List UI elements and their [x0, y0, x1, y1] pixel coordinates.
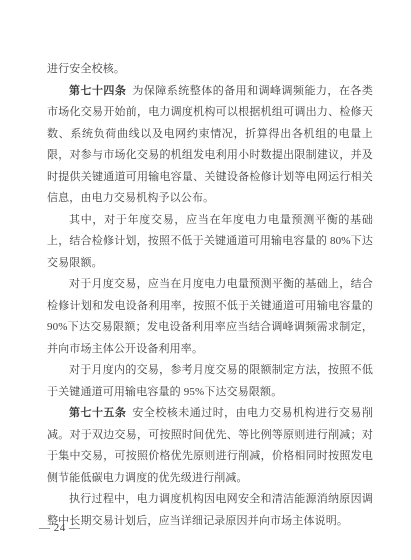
article-paragraph: 第七十四条为保障系统整体的备用和调峰调频能力，在各类市场化交易开始前，电力调度机… — [47, 81, 373, 210]
paragraph-text: 对于月度内的交易，参考月度交易的限额制定方法，按照不低于关键通道可用输电容量的 … — [47, 364, 373, 398]
paragraph-text: 执行过程中，电力调度机构因电网安全和清洁能源消纳原因调整中长期交易计划后，应当详… — [47, 493, 373, 527]
paragraph-text: 对于月度交易，应当在月度电力电量预测平衡的基础上，结合检修计划和发电设备利用率，… — [47, 278, 373, 355]
document-body: 进行安全校核。第七十四条为保障系统整体的备用和调峰调频能力，在各类市场化交易开始… — [47, 59, 373, 532]
paragraph-text: 进行安全校核。 — [47, 63, 125, 75]
body-paragraph: 对于月度交易，应当在月度电力电量预测平衡的基础上，结合检修计划和发电设备利用率，… — [47, 274, 373, 360]
article-paragraph: 第七十五条安全校核未通过时，由电力交易机构进行交易削减。对于双边交易，可按照时间… — [47, 403, 373, 489]
body-paragraph: 其中，对于年度交易，应当在年度电力电量预测平衡的基础上，结合检修计划，按照不低于… — [47, 210, 373, 275]
article-number: 第七十五条 — [69, 407, 126, 419]
body-paragraph: 对于月度内的交易，参考月度交易的限额制定方法，按照不低于关键通道可用输电容量的 … — [47, 360, 373, 403]
article-number: 第七十四条 — [69, 85, 126, 97]
page-number: — 24 — — [39, 520, 81, 536]
document-page: 进行安全校核。第七十四条为保障系统整体的备用和调峰调频能力，在各类市场化交易开始… — [0, 0, 411, 560]
body-paragraph: 进行安全校核。 — [47, 59, 373, 81]
paragraph-text: 其中，对于年度交易，应当在年度电力电量预测平衡的基础上，结合检修计划，按照不低于… — [47, 214, 373, 269]
body-paragraph: 执行过程中，电力调度机构因电网安全和清洁能源消纳原因调整中长期交易计划后，应当详… — [47, 489, 373, 532]
paragraph-text: 为保障系统整体的备用和调峰调频能力，在各类市场化交易开始前，电力调度机构可以根据… — [47, 85, 373, 205]
